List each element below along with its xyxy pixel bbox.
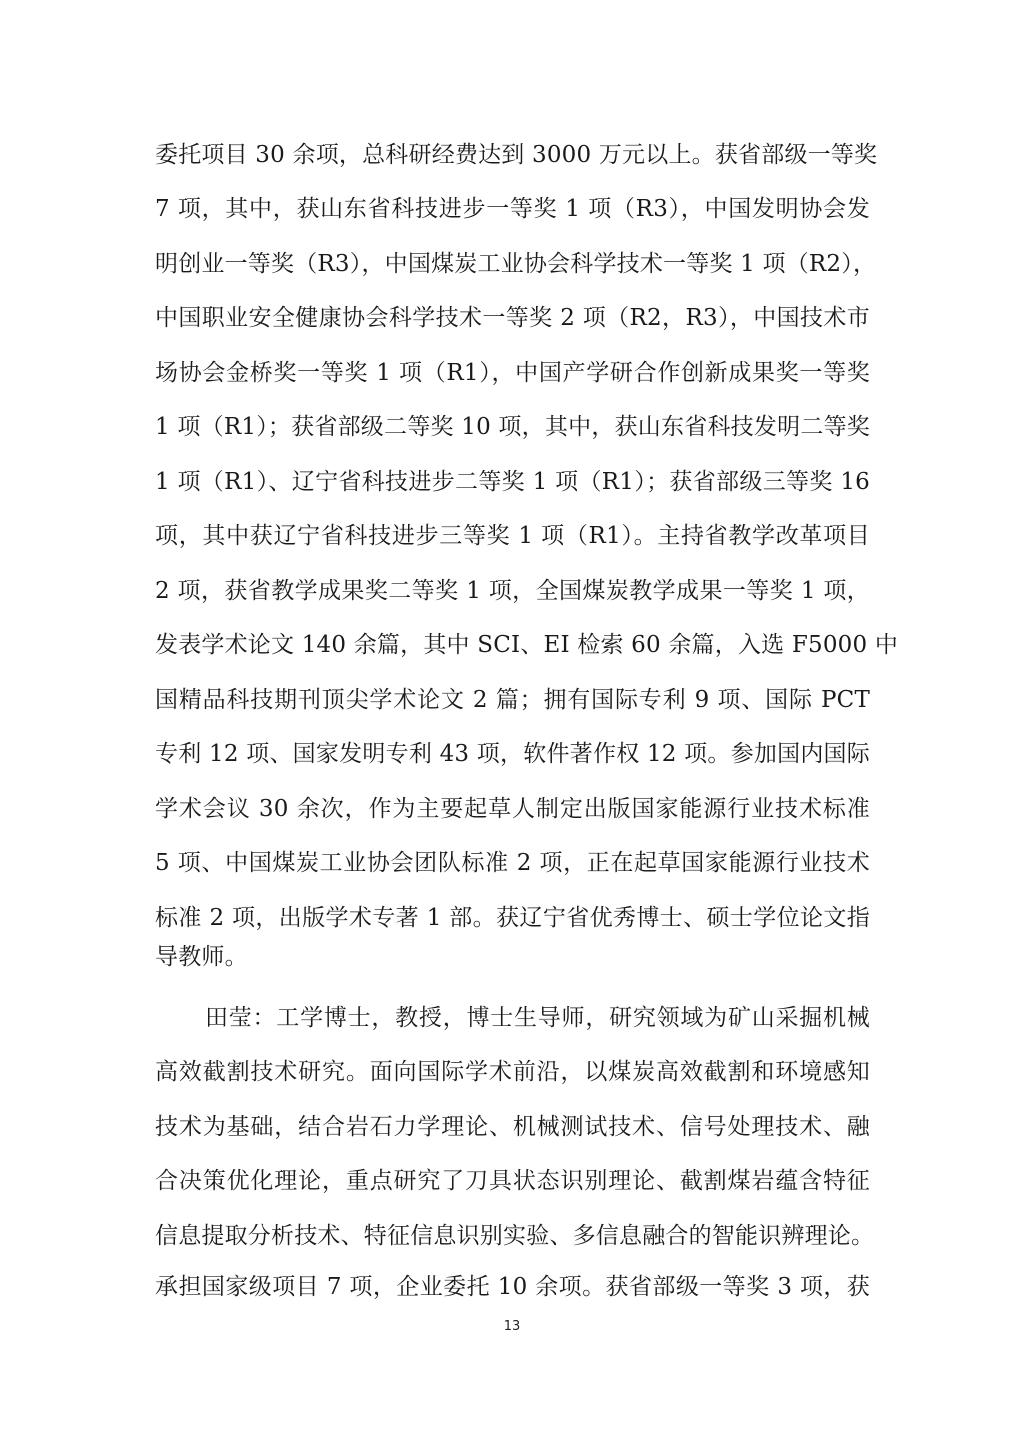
paragraph-1-line-12: 专利 12 项、国家发明专利 43 项，软件著作权 12 项。参加国内国际: [155, 739, 870, 769]
paragraph-2-line-1: 田莹：工学博士，教授，博士生导师，研究领域为矿山采掘机械: [205, 1003, 870, 1033]
paragraph-1-line-4: 中国职业安全健康协会科学技术一等奖 2 项（R2，R3），中国技术市: [155, 303, 870, 333]
paragraph-1-line-5: 场协会金桥奖一等奖 1 项（R1），中国产学研合作创新成果奖一等奖: [155, 358, 870, 388]
paragraph-1-line-9: 2 项，获省教学成果奖二等奖 1 项，全国煤炭教学成果一等奖 1 项，: [155, 576, 870, 606]
paragraph-1-line-11: 国精品科技期刊顶尖学术论文 2 篇；拥有国际专利 9 项、国际 PCT: [155, 685, 870, 715]
paragraph-1-line-2: 7 项，其中，获山东省科技进步一等奖 1 项（R3），中国发明协会发: [155, 194, 870, 224]
paragraph-2-line-5: 信息提取分析技术、特征信息识别实验、多信息融合的智能识辨理论。: [155, 1221, 870, 1251]
paragraph-1-line-1: 委托项目 30 余项，总科研经费达到 3000 万元以上。获省部级一等奖: [155, 140, 870, 170]
paragraph-2-line-4: 合决策优化理论，重点研究了刀具状态识别理论、截割煤岩蕴含特征: [155, 1166, 870, 1196]
paragraph-1-line-3: 明创业一等奖（R3），中国煤炭工业协会科学技术一等奖 1 项（R2），: [155, 249, 870, 279]
paragraph-1-line-13: 学术会议 30 余次，作为主要起草人制定出版国家能源行业技术标准: [155, 794, 870, 824]
paragraph-1-line-16: 导教师。: [155, 942, 870, 972]
paragraph-1-line-6: 1 项（R1）；获省部级二等奖 10 项，其中，获山东省科技发明二等奖: [155, 412, 870, 442]
paragraph-2-line-2: 高效截割技术研究。面向国际学术前沿，以煤炭高效截割和环境感知: [155, 1057, 870, 1087]
paragraph-1-line-8: 项，其中获辽宁省科技进步三等奖 1 项（R1）。主持省教学改革项目: [155, 521, 870, 551]
document-page: 委托项目 30 余项，总科研经费达到 3000 万元以上。获省部级一等奖 7 项…: [0, 0, 1024, 1448]
paragraph-1-line-7: 1 项（R1）、辽宁省科技进步二等奖 1 项（R1）；获省部级三等奖 16: [155, 467, 870, 497]
page-number: 13: [0, 1319, 1024, 1334]
paragraph-1-line-15: 标准 2 项，出版学术专著 1 部。获辽宁省优秀博士、硕士学位论文指: [155, 903, 870, 933]
paragraph-1-line-14: 5 项、中国煤炭工业协会团队标准 2 项，正在起草国家能源行业技术: [155, 848, 870, 878]
paragraph-2-line-6: 承担国家级项目 7 项，企业委托 10 余项。获省部级一等奖 3 项，获: [155, 1272, 870, 1302]
paragraph-2-line-3: 技术为基础，结合岩石力学理论、机械测试技术、信号处理技术、融: [155, 1112, 870, 1142]
paragraph-1-line-10: 发表学术论文 140 余篇，其中 SCI、EI 检索 60 余篇，入选 F500…: [155, 630, 870, 660]
